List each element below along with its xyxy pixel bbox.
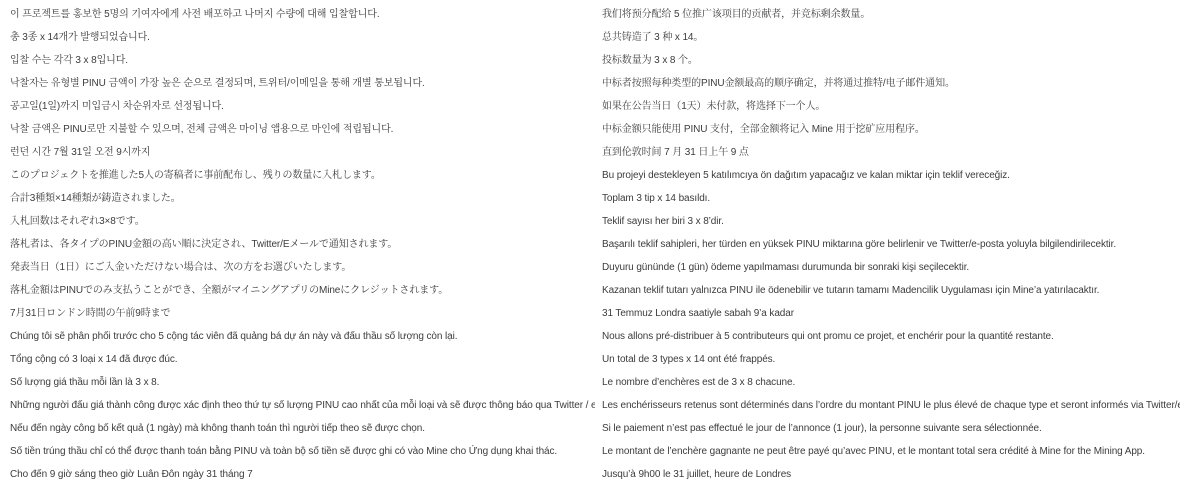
- text-line-fr: Le nombre d’enchères est de 3 x 8 chacun…: [602, 371, 1180, 394]
- text-line-tr: Kazanan teklif tutarı yalnızca PINU ile …: [602, 279, 1180, 302]
- text-line-ja: 7月31日ロンドン時間の午前9時まで: [10, 302, 595, 325]
- text-line-zh: 投标数量为 3 x 8 个。: [602, 49, 1180, 72]
- text-line-ja: 落札金額はPINUでのみ支払うことができ、全額がマイニングアプリのMineにクレ…: [10, 279, 595, 302]
- left-text-column: 이 프로젝트를 홍보한 5명의 기여자에게 사전 배포하고 나머지 수량에 대해…: [10, 0, 595, 486]
- text-line-tr: Bu projeyi destekleyen 5 katılımcıya ön …: [602, 164, 1180, 187]
- text-line-ja: 入札回数はそれぞれ3×8です。: [10, 210, 595, 233]
- text-line-ko: 런던 시간 7월 31일 오전 9시까지: [10, 141, 595, 164]
- text-line-ko: 낙찰 금액은 PINU로만 지불할 수 있으며, 전체 금액은 마이닝 앱용으로…: [10, 118, 595, 141]
- text-line-vi: Số lượng giá thầu mỗi lần là 3 x 8.: [10, 371, 595, 394]
- announcement-document: 이 프로젝트를 홍보한 5명의 기여자에게 사전 배포하고 나머지 수량에 대해…: [0, 0, 1183, 496]
- text-line-vi: Những người đấu giá thành công được xác …: [10, 394, 595, 417]
- text-line-tr: Teklif sayısı her biri 3 x 8’dir.: [602, 210, 1180, 233]
- text-line-fr: Si le paiement n’est pas effectué le jou…: [602, 417, 1180, 440]
- text-line-ko: 공고일(1일)까지 미입금시 차순위자로 선정됩니다.: [10, 95, 595, 118]
- text-line-ja: このプロジェクトを推進した5人の寄稿者に事前配布し、残りの数量に入札します。: [10, 164, 595, 187]
- text-line-ko: 총 3종 x 14개가 발행되었습니다.: [10, 26, 595, 49]
- right-text-column: 我们将预分配给 5 位推广该项目的贡献者，并竞标剩余数量。总共铸造了 3 种 x…: [602, 0, 1180, 486]
- text-line-fr: Les enchérisseurs retenus sont déterminé…: [602, 394, 1180, 417]
- text-line-zh: 总共铸造了 3 种 x 14。: [602, 26, 1180, 49]
- text-line-zh: 中标者按照每种类型的PINU金额最高的顺序确定，并将通过推特/电子邮件通知。: [602, 72, 1180, 95]
- text-line-vi: Tổng cộng có 3 loại x 14 đã được đúc.: [10, 348, 595, 371]
- text-line-tr: Toplam 3 tip x 14 basıldı.: [602, 187, 1180, 210]
- text-line-ko: 이 프로젝트를 홍보한 5명의 기여자에게 사전 배포하고 나머지 수량에 대해…: [10, 3, 595, 26]
- text-line-vi: Cho đến 9 giờ sáng theo giờ Luân Đôn ngà…: [10, 463, 595, 486]
- text-line-tr: Başarılı teklif sahipleri, her türden en…: [602, 233, 1180, 256]
- text-line-fr: Jusqu’à 9h00 le 31 juillet, heure de Lon…: [602, 463, 1180, 486]
- text-line-tr: Duyuru gününde (1 gün) ödeme yapılmaması…: [602, 256, 1180, 279]
- text-line-vi: Chúng tôi sẽ phân phối trước cho 5 cộng …: [10, 325, 595, 348]
- text-line-fr: Le montant de l’enchère gagnante ne peut…: [602, 440, 1180, 463]
- text-line-ja: 合計3種類×14種類が鋳造されました。: [10, 187, 595, 210]
- text-line-zh: 如果在公告当日（1天）未付款，将选择下一个人。: [602, 95, 1180, 118]
- text-line-ja: 落札者は、各タイプのPINU金額の高い順に決定され、Twitter/Eメールで通…: [10, 233, 595, 256]
- text-line-tr: 31 Temmuz Londra saatiyle sabah 9’a kada…: [602, 302, 1180, 325]
- text-line-vi: Số tiền trúng thầu chỉ có thể được thanh…: [10, 440, 595, 463]
- text-line-zh: 中标金额只能使用 PINU 支付，全部金额将记入 Mine 用于挖矿应用程序。: [602, 118, 1180, 141]
- text-line-fr: Nous allons pré-distribuer à 5 contribut…: [602, 325, 1180, 348]
- text-line-ko: 낙찰자는 유형별 PINU 금액이 가장 높은 순으로 결정되며, 트위터/이메…: [10, 72, 595, 95]
- text-line-zh: 我们将预分配给 5 位推广该项目的贡献者，并竞标剩余数量。: [602, 3, 1180, 26]
- text-line-ja: 発表当日（1日）にご入金いただけない場合は、次の方をお選びいたします。: [10, 256, 595, 279]
- text-line-vi: Nếu đến ngày công bố kết quả (1 ngày) mà…: [10, 417, 595, 440]
- text-line-fr: Un total de 3 types x 14 ont été frappés…: [602, 348, 1180, 371]
- text-line-ko: 입찰 수는 각각 3 x 8입니다.: [10, 49, 595, 72]
- text-line-zh: 直到伦敦时间 7 月 31 日上午 9 点: [602, 141, 1180, 164]
